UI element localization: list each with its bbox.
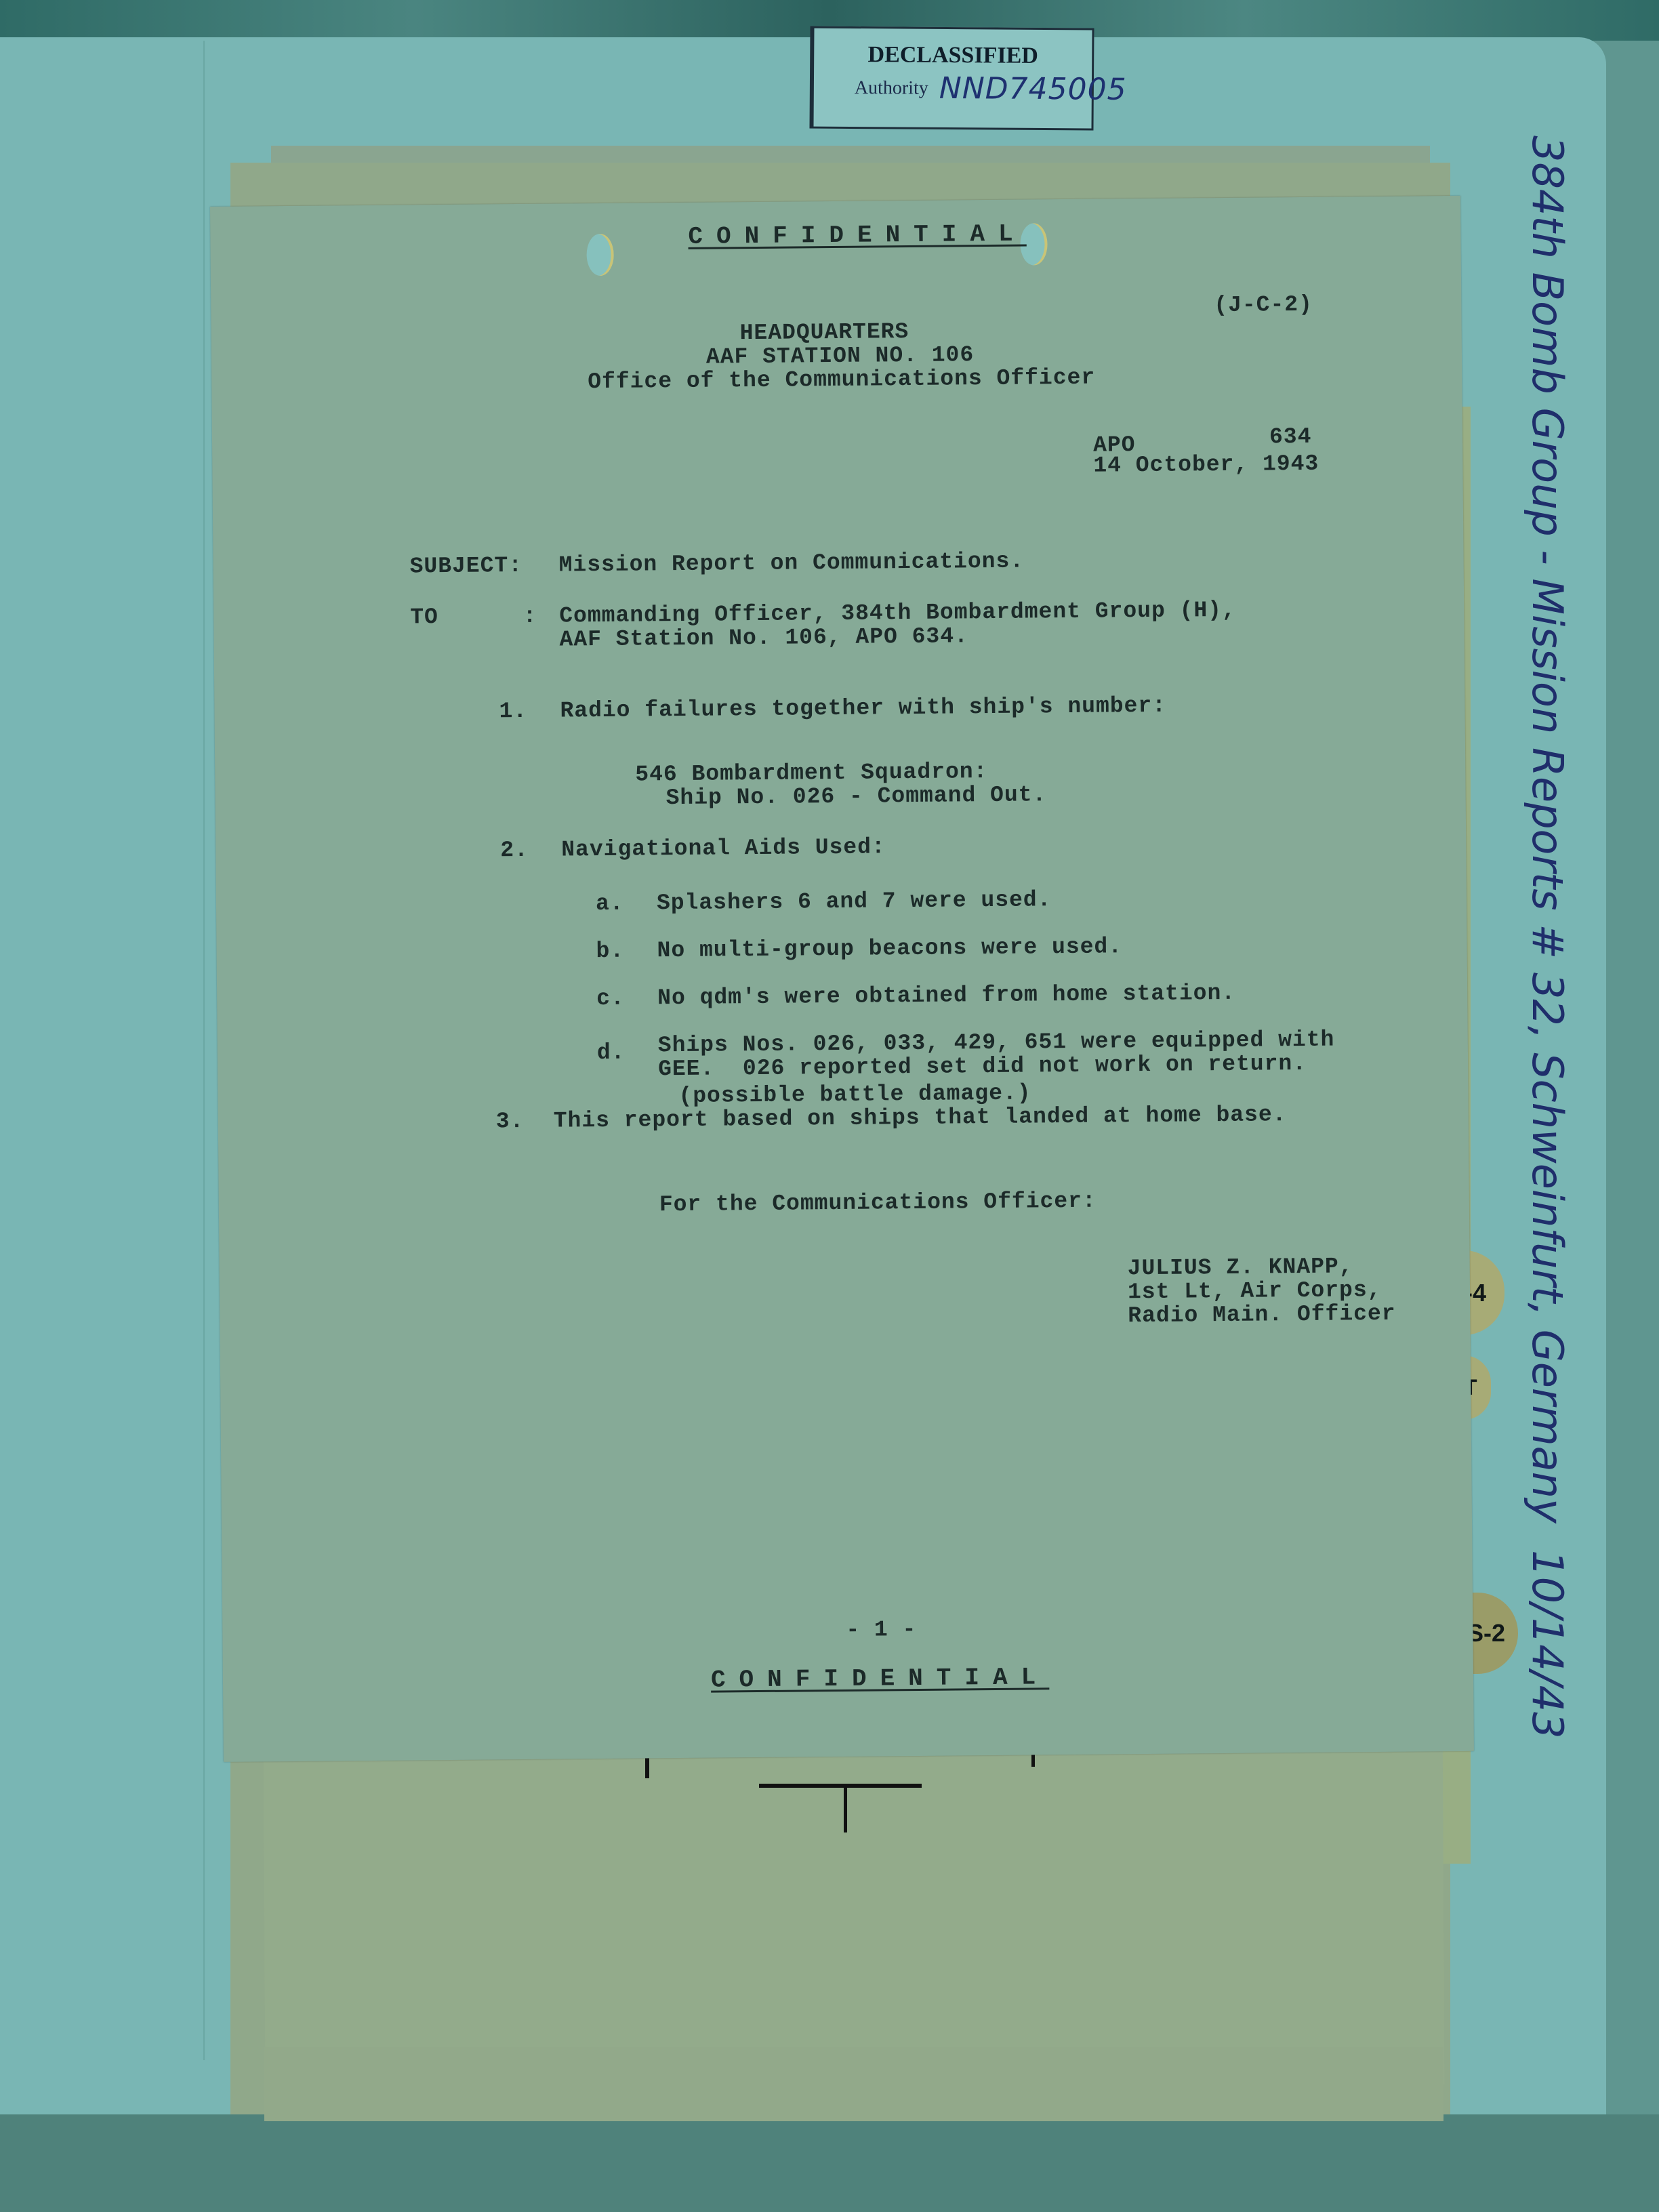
registration-mark: [844, 1785, 847, 1832]
item-2a-label: a.: [596, 891, 624, 916]
item-1-number: 1.: [499, 699, 527, 724]
page-number: - 1 -: [846, 1617, 916, 1643]
stamp-authority-label: Authority: [855, 77, 928, 100]
item-2a-text: Splashers 6 and 7 were used.: [657, 887, 1052, 916]
item-3-text: This report based on ships that landed a…: [554, 1102, 1287, 1133]
item-1-detail-2: Ship No. 026 - Command Out.: [665, 782, 1046, 811]
item-2c-text: No qdm's were obtained from home station…: [657, 981, 1235, 1010]
letter-date: 14 October, 1943: [1093, 451, 1319, 478]
registration-mark: [759, 1784, 922, 1788]
header-line-3: Office of the Communications Officer: [588, 365, 1095, 395]
file-code: (J-C-2): [1214, 292, 1313, 318]
item-2b-text: No multi-group beacons were used.: [657, 934, 1122, 963]
item-2d-line-2: GEE. 026 reported set did not work on re…: [658, 1051, 1307, 1082]
background-bottom: [0, 2114, 1659, 2212]
stamp-title: DECLASSIFIED: [814, 42, 1092, 70]
punch-hole: [586, 234, 614, 276]
signature-name: JULIUS Z. KNAPP,: [1128, 1254, 1353, 1281]
underlying-sheet: [264, 1718, 1445, 2090]
item-2c-label: c.: [596, 986, 625, 1011]
closing-line: For the Communications Officer:: [659, 1189, 1097, 1218]
letter-page: CONFIDENTIAL (J-C-2) HEADQUARTERS AAF ST…: [210, 196, 1474, 1762]
subject-text: Mission Report on Communications.: [558, 549, 1024, 578]
subject-label: SUBJECT:: [409, 553, 523, 579]
item-2-number: 2.: [500, 838, 529, 863]
declassified-stamp: DECLASSIFIED Authority NND745005: [809, 26, 1094, 131]
classification-top: CONFIDENTIAL: [688, 220, 1027, 250]
stamp-authority-value: NND745005: [939, 71, 1127, 107]
item-2d-label: d.: [597, 1040, 626, 1065]
header-line-1: HEADQUARTERS: [739, 319, 909, 346]
classification-bottom: CONFIDENTIAL: [711, 1663, 1050, 1694]
item-3-number: 3.: [496, 1109, 525, 1134]
header-line-2: AAF STATION NO. 106: [706, 342, 975, 369]
folder-handwritten-label: 384th Bomb Group - Mission Reports # 32,…: [1498, 136, 1572, 1423]
item-2b-label: b.: [596, 939, 624, 964]
signature-rank: 1st Lt, Air Corps,: [1128, 1277, 1382, 1305]
item-2-text: Navigational Aids Used:: [561, 834, 886, 862]
to-line-2: AAF Station No. 106, APO 634.: [559, 623, 968, 652]
folder-crease: [203, 41, 205, 2060]
signature-title: Radio Main. Officer: [1128, 1301, 1396, 1328]
to-label: TO :: [410, 604, 537, 630]
apo-number: 634: [1269, 424, 1312, 450]
item-1-text: Radio failures together with ship's numb…: [560, 693, 1166, 724]
underlying-sheet: [264, 2047, 1443, 2121]
